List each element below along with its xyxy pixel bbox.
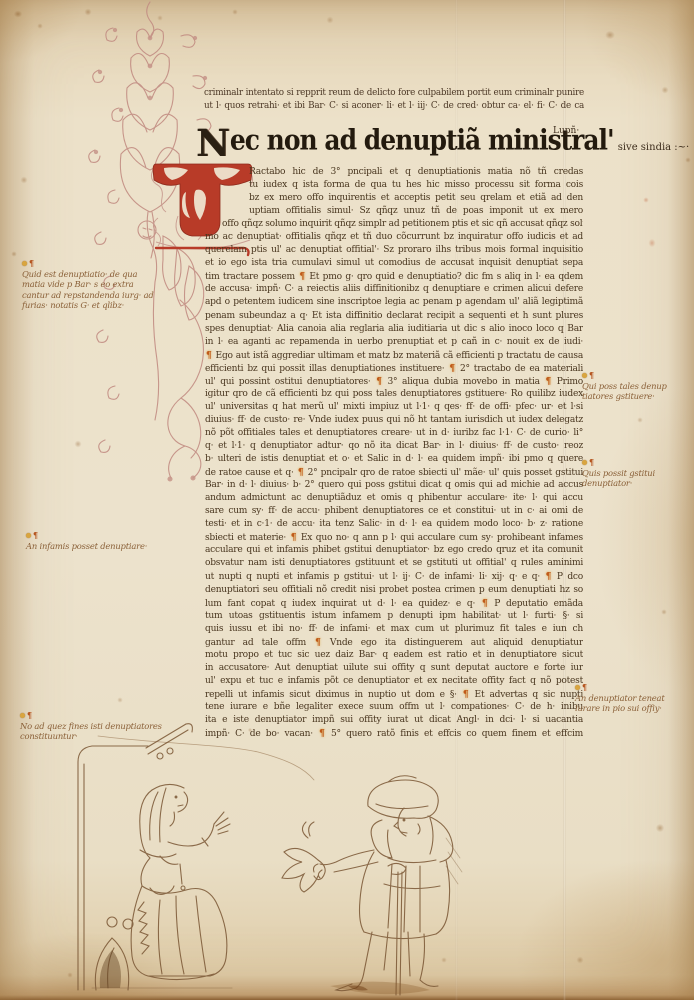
manuscript-page: criminalr intentato si repprit reum de d… bbox=[0, 0, 694, 1000]
bas-de-page-drawings bbox=[40, 715, 500, 1000]
seated-woman-drawing bbox=[78, 724, 232, 990]
standing-man-drawing bbox=[282, 776, 462, 995]
